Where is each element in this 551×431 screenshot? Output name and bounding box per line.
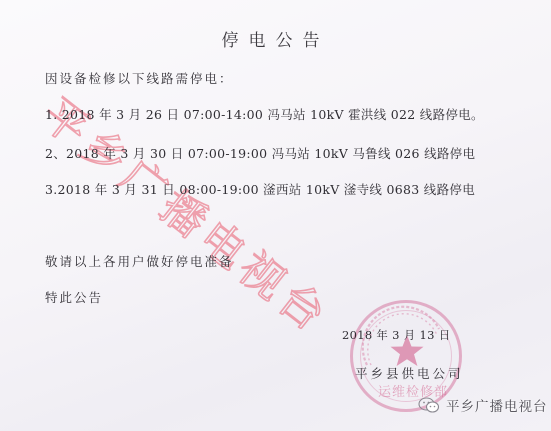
outage-item: 1. 2018 年 3 月 26 日 07:00-14:00 冯马站 10kV … xyxy=(45,105,484,123)
outage-item: 2、2018 年 3 月 30 日 07:00-19:00 冯马站 10kV 马… xyxy=(45,144,475,162)
closing-announcement: 特此公告 xyxy=(45,288,103,306)
signature-organization: 平乡县供电公司 xyxy=(355,364,464,382)
badge-label: 平乡广播电视台 xyxy=(446,395,548,415)
wechat-icon xyxy=(418,396,440,414)
wechat-source-badge: 平乡广播电视台 xyxy=(418,395,548,415)
intro-text: 因设备检修以下线路需停电： xyxy=(45,69,234,87)
closing-request: 敬请以上各用户做好停电准备 xyxy=(45,252,234,270)
outage-item: 3.2018 年 3 月 31 日 08:00-19:00 滏西站 10kV 滏… xyxy=(45,180,475,198)
signature-date: 2018 年 3 月 13 日 xyxy=(342,327,451,343)
notice-document: 平乡广播电视台 停电公告 因设备检修以下线路需停电： 1. 2018 年 3 月… xyxy=(0,0,551,431)
document-title: 停电公告 xyxy=(0,26,551,51)
